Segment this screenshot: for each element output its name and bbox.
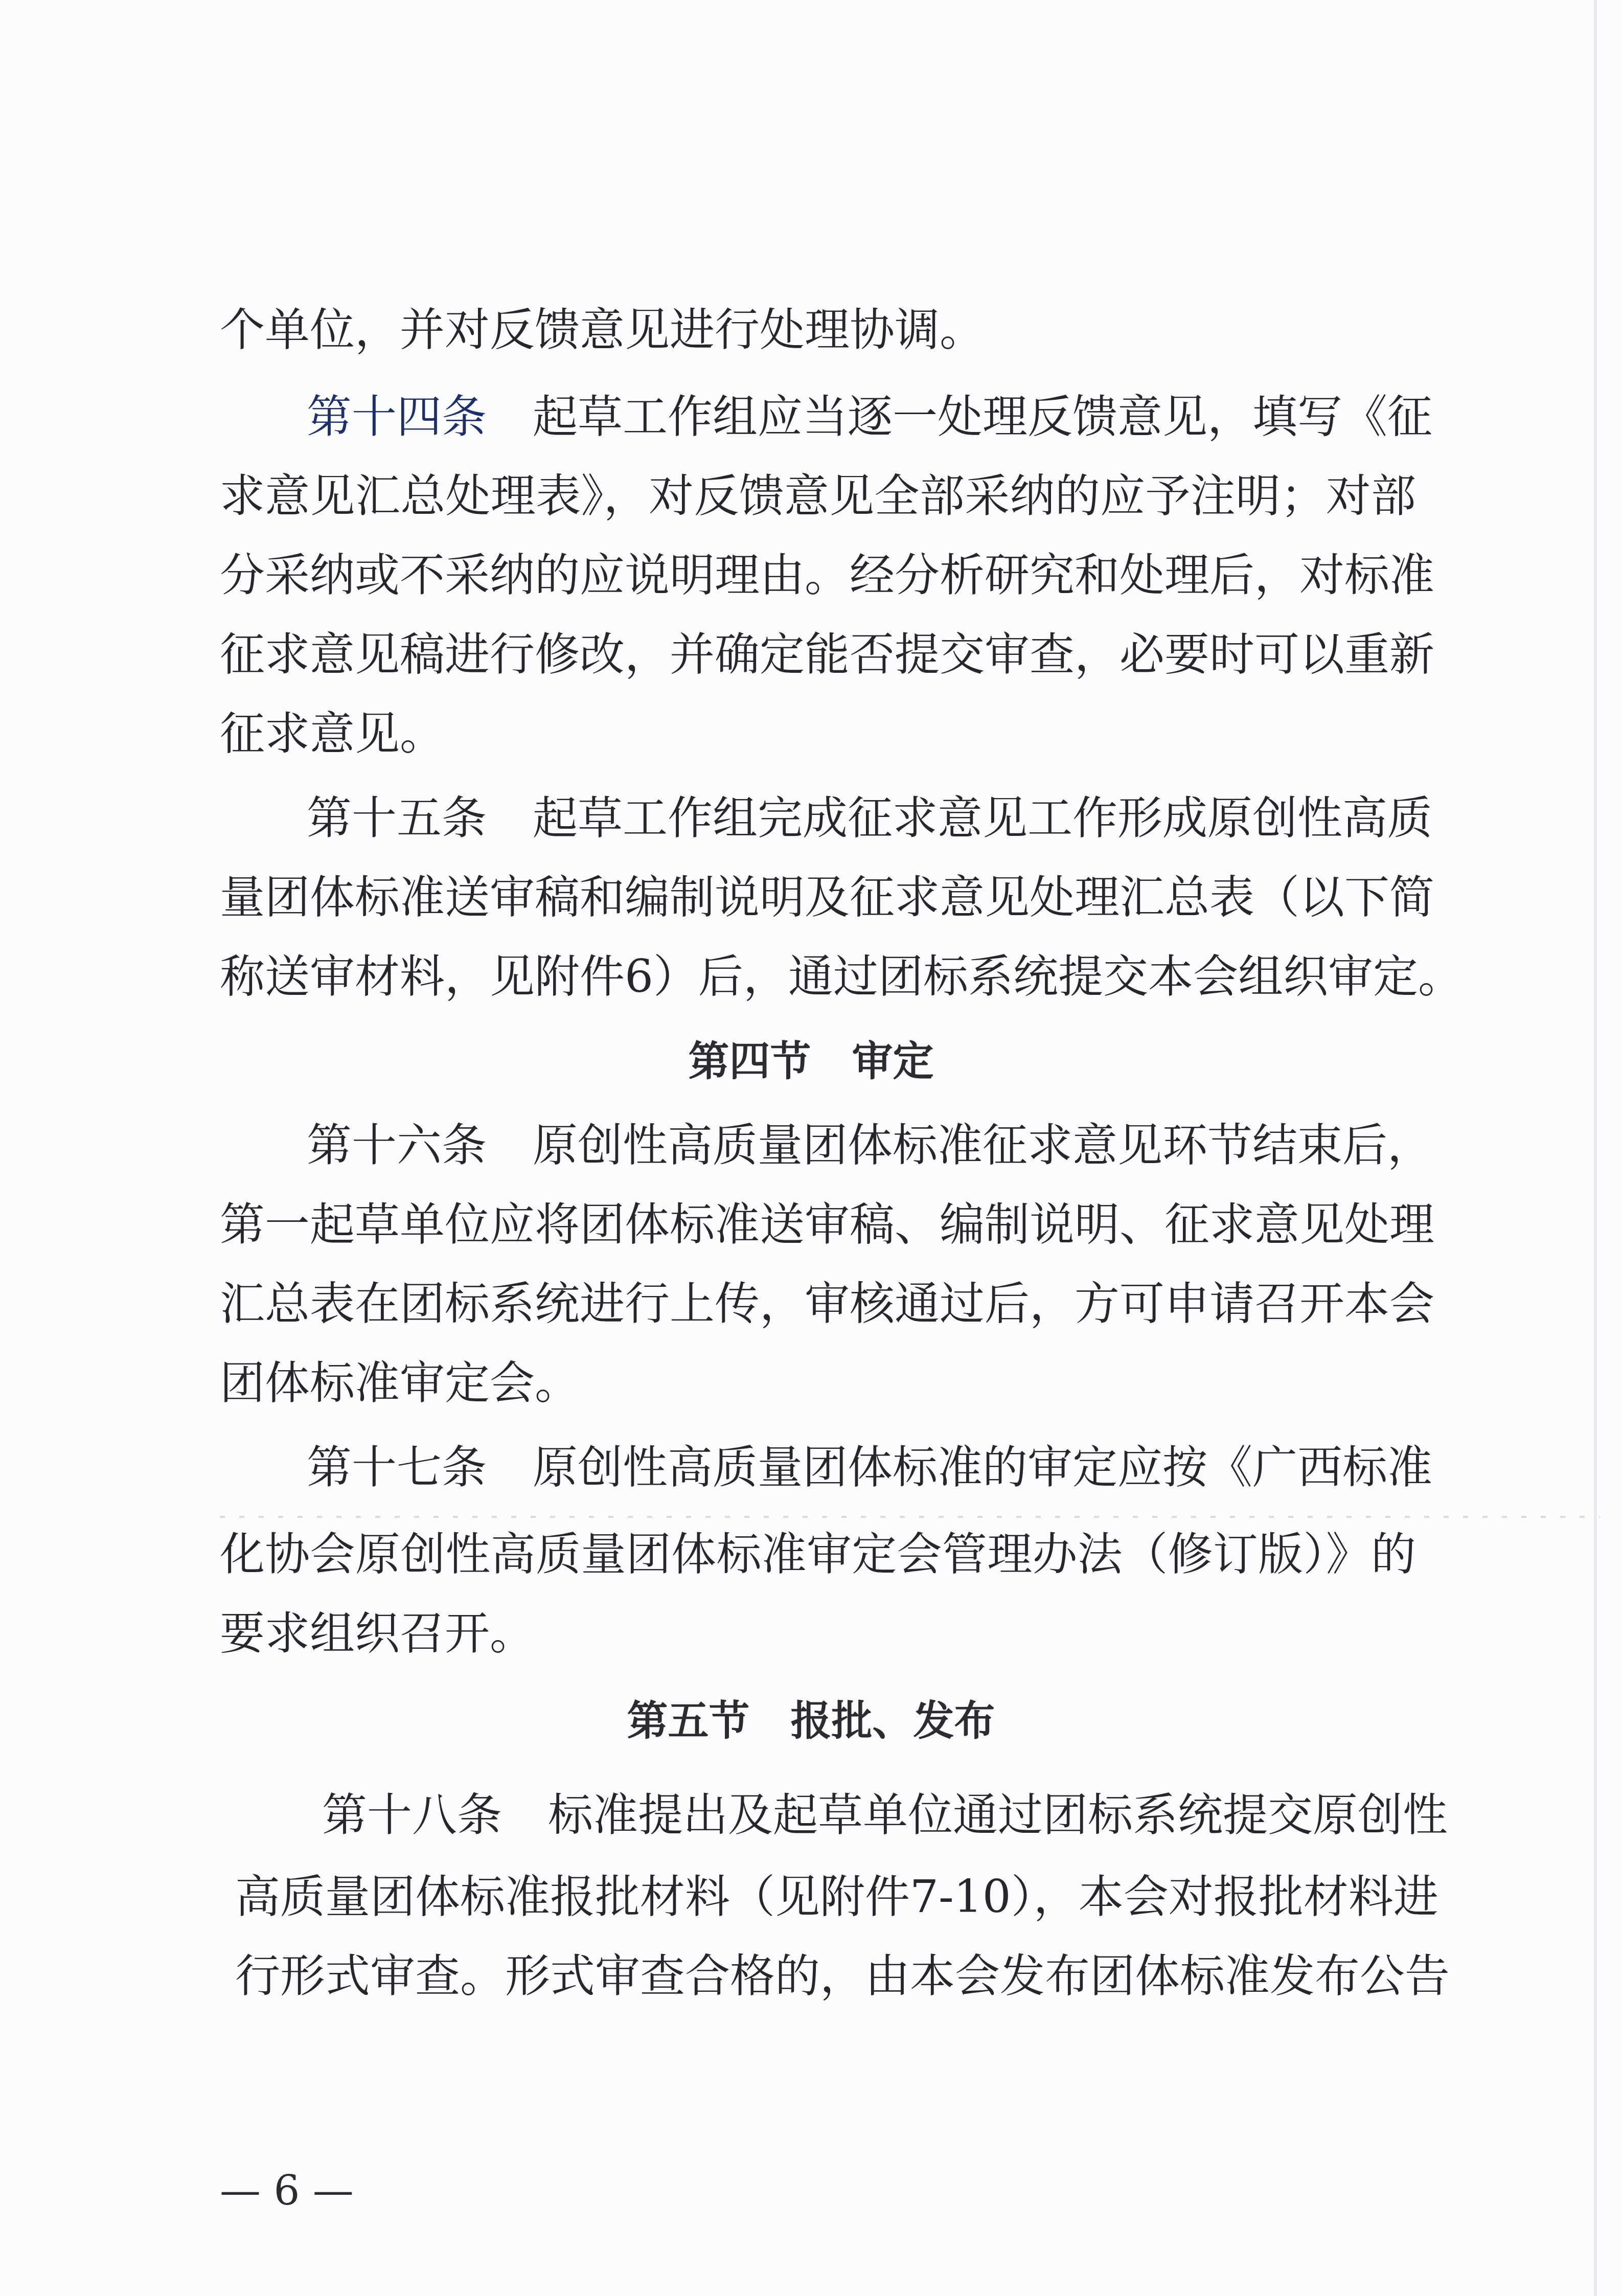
section-title: 审定 [852, 1037, 934, 1085]
article-label: 第十四条 [307, 390, 487, 443]
scan-edge-line [1594, 0, 1597, 2296]
paragraph-line: 行形式审查。形式审查合格的，由本会发布团体标准发布公告 [235, 1948, 1416, 2004]
article-15-first-line: 第十五条起草工作组完成征求意见工作形成原创性高质 [307, 790, 1416, 846]
paragraph-line: 团体标准审定会。 [220, 1355, 1416, 1411]
article-label: 第十六条 [307, 1119, 487, 1171]
article-text: 标准提出及起草单位通过团标系统提交原创性 [548, 1788, 1448, 1841]
article-16-first-line: 第十六条原创性高质量团体标准征求意见环节结束后， [307, 1117, 1416, 1173]
paragraph-line: 要求组织召开。 [220, 1605, 1416, 1662]
article-14-first-line: 第十四条起草工作组应当逐一处理反馈意见，填写《征 [307, 389, 1416, 445]
paragraph-line: 征求意见稿进行修改，并确定能否提交审查，必要时可以重新 [220, 626, 1416, 683]
article-label: 第十八条 [322, 1788, 502, 1841]
section-number: 第四节 [689, 1037, 811, 1085]
article-label: 第十七条 [307, 1441, 487, 1493]
section-heading: 第五节报批、发布 [0, 1692, 1622, 1748]
article-text: 起草工作组应当逐一处理反馈意见，填写《征 [533, 390, 1432, 443]
section-number: 第五节 [627, 1696, 750, 1744]
paragraph-line: 汇总表在团标系统进行上传，审核通过后，方可申请召开本会 [220, 1276, 1416, 1332]
paragraph-line: 高质量团体标准报批材料（见附件7-10），本会对报批材料进 [235, 1869, 1416, 1925]
paragraph-line: 求意见汇总处理表》，对反馈意见全部采纳的应予注明；对部 [220, 468, 1416, 524]
paragraph-line: 个单位，并对反馈意见进行处理协调。 [220, 302, 1416, 358]
paragraph-line: 征求意见。 [220, 706, 1416, 762]
article-text: 原创性高质量团体标准的审定应按《广西标准 [533, 1441, 1432, 1493]
section-title: 报批、发布 [791, 1696, 995, 1744]
article-17-first-line: 第十七条原创性高质量团体标准的审定应按《广西标准 [307, 1439, 1416, 1495]
paragraph-line: 分采纳或不采纳的应说明理由。经分析研究和处理后，对标准 [220, 547, 1416, 603]
page-number: — 6 — [220, 2165, 354, 2216]
article-text: 起草工作组完成征求意见工作形成原创性高质 [533, 791, 1432, 844]
scan-artifact [220, 1516, 1600, 1518]
article-label: 第十五条 [307, 791, 487, 844]
article-18-first-line: 第十八条标准提出及起草单位通过团标系统提交原创性 [322, 1787, 1416, 1843]
section-heading: 第四节审定 [0, 1033, 1622, 1089]
document-page: 个单位，并对反馈意见进行处理协调。 第十四条起草工作组应当逐一处理反馈意见，填写… [0, 0, 1622, 2296]
paragraph-line: 量团体标准送审稿和编制说明及征求意见处理汇总表（以下简 [220, 869, 1416, 925]
article-text: 原创性高质量团体标准征求意见环节结束后， [533, 1119, 1432, 1171]
paragraph-line: 称送审材料，见附件6）后，通过团标系统提交本会组织审定。 [220, 948, 1416, 1005]
paragraph-line: 第一起草单位应将团体标准送审稿、编制说明、征求意见处理 [220, 1196, 1416, 1253]
paragraph-line: 化协会原创性高质量团体标准审定会管理办法（修订版）》的 [220, 1526, 1416, 1582]
